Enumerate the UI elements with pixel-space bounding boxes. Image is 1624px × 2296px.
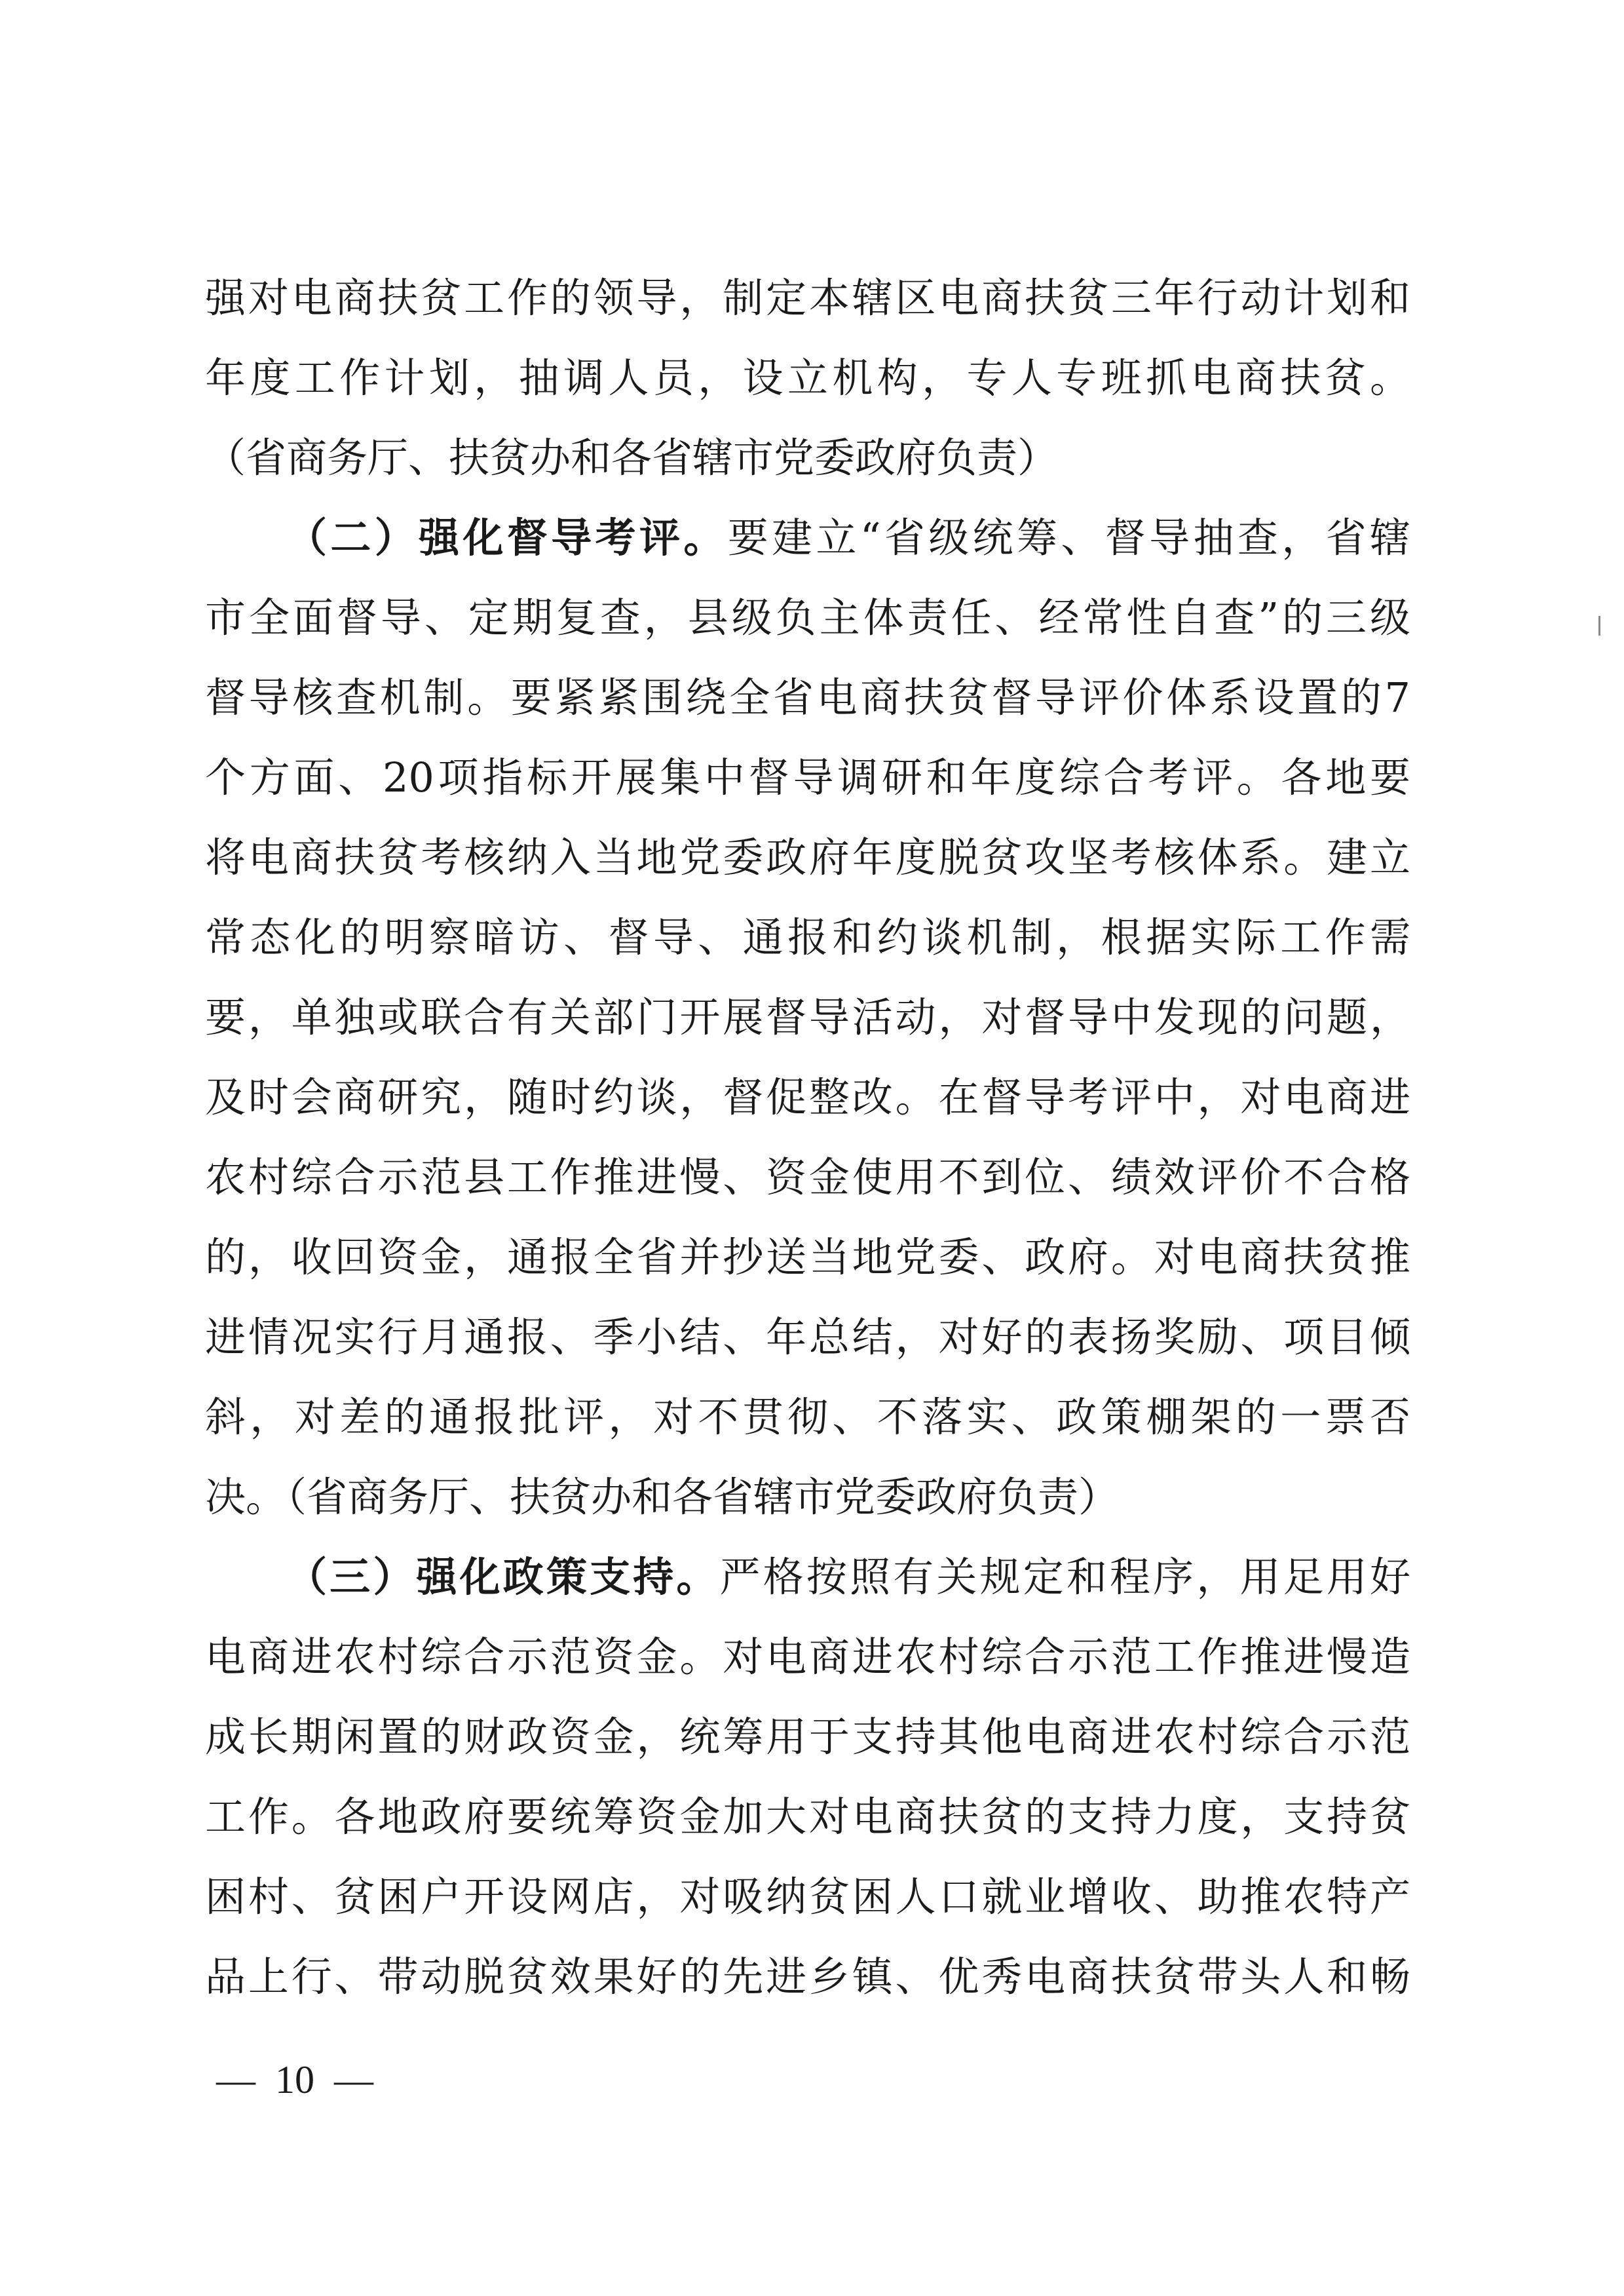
section-3-first-line: （三）强化政策支持。严格按照有关规定和程序，用足用好: [286, 1548, 1410, 1607]
text-line: 市全面督导、定期复查，县级负主体责任、经常性自查”的三级: [205, 588, 1410, 647]
text-line: 成长期闲置的财政资金，统筹用于支持其他电商进农村综合示范: [205, 1708, 1410, 1767]
text-line: 工作。各地政府要统筹资金加大对电商扶贫的支持力度，支持贫: [205, 1788, 1410, 1846]
text-line: 及时会商研究，随时约谈，督促整改。在督导考评中，对电商进: [205, 1068, 1410, 1127]
scan-artifact: [1598, 616, 1600, 636]
text-line: 困村、贫困户开设网店，对吸纳贫困人口就业增收、助推农特产: [205, 1867, 1410, 1926]
text-line: 个方面、20项指标开展集中督导调研和年度综合考评。各地要: [205, 748, 1410, 807]
document-page: 强对电商扶贫工作的领导，制定本辖区电商扶贫三年行动计划和 年度工作计划，抽调人员…: [0, 0, 1624, 2296]
text-line: 的，收回资金，通报全省并抄送当地党委、政府。对电商扶贫推: [205, 1228, 1410, 1287]
text-line: 品上行、带动脱贫效果好的先进乡镇、优秀电商扶贫带头人和畅: [205, 1947, 1410, 2006]
text-line: 要，单独或联合有关部门开展督导活动，对督导中发现的问题，: [205, 988, 1410, 1047]
text-line: 进情况实行月通报、季小结、年总结，对好的表扬奖励、项目倾: [205, 1308, 1410, 1367]
section-heading-2: （二）强化督导考评。: [286, 514, 728, 562]
text-line: 督导核查机制。要紧紧围绕全省电商扶贫督导评价体系设置的7: [205, 668, 1410, 727]
text-line: 将电商扶贫考核纳入当地党委政府年度脱贫攻坚考核体系。建立: [205, 828, 1410, 887]
page-number: — 10 —: [216, 2057, 373, 2103]
responsibility-note: 决。（省商务厅、扶贫办和各省辖市党委政府负责）: [205, 1468, 1410, 1527]
text-line: 农村综合示范县工作推进慢、资金使用不到位、绩效评价不合格: [205, 1148, 1410, 1207]
text-line: 斜，对差的通报批评，对不贯彻、不落实、政策棚架的一票否: [205, 1388, 1410, 1447]
text-line: 常态化的明察暗访、督导、通报和约谈机制，根据实际工作需: [205, 908, 1410, 967]
section-2-text: 要建立“省级统筹、督导抽查，省辖: [728, 514, 1410, 562]
section-2-first-line: （二）强化督导考评。要建立“省级统筹、督导抽查，省辖: [286, 508, 1410, 567]
text-line: 强对电商扶贫工作的领导，制定本辖区电商扶贫三年行动计划和: [205, 269, 1410, 328]
section-heading-3: （三）强化政策支持。: [286, 1553, 720, 1601]
text-line: 电商进农村综合示范资金。对电商进农村综合示范工作推进慢造: [205, 1628, 1410, 1687]
section-3-text: 严格按照有关规定和程序，用足用好: [720, 1553, 1410, 1601]
text-line: 年度工作计划，抽调人员，设立机构，专人专班抓电商扶贫。: [205, 349, 1410, 408]
responsibility-note: （省商务厅、扶贫办和各省辖市党委政府负责）: [205, 429, 1410, 488]
